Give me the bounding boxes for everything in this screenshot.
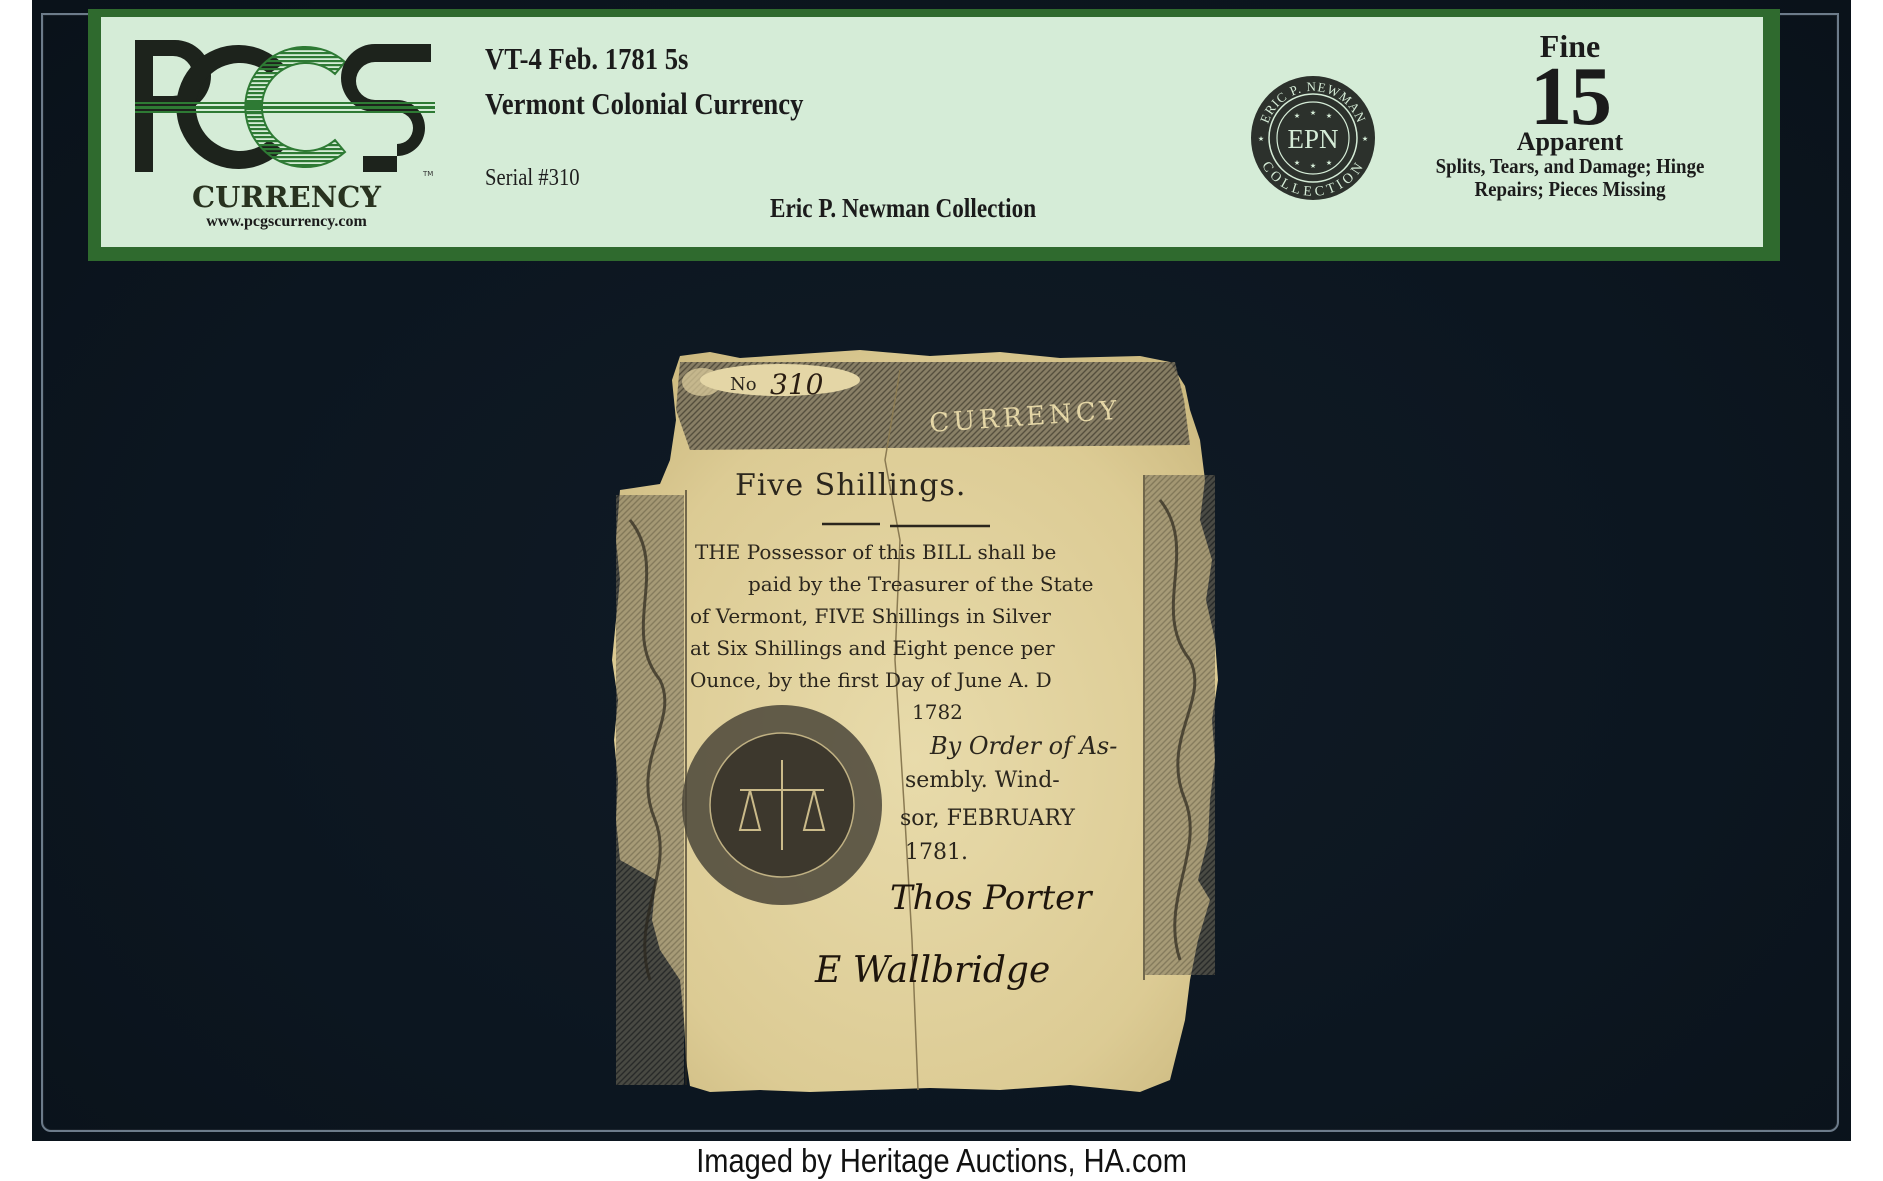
note-body-line: By Order of As- bbox=[930, 732, 1117, 760]
note-series-title: Vermont Colonial Currency bbox=[485, 86, 803, 122]
svg-text:★: ★ bbox=[1258, 135, 1264, 143]
svg-text:310: 310 bbox=[770, 368, 823, 401]
note-body-line: paid by the Treasurer of the State bbox=[748, 572, 1093, 596]
grade-comments-line-2: Repairs; Pieces Missing bbox=[1434, 178, 1706, 201]
image-credit-caption: Imaged by Heritage Auctions, HA.com bbox=[113, 1141, 1770, 1181]
grade-qualifier: Apparent bbox=[1419, 129, 1721, 155]
svg-text:EPN: EPN bbox=[1287, 124, 1338, 154]
svg-text:★: ★ bbox=[1310, 162, 1316, 170]
note-body-line: sembly. Wind- bbox=[905, 768, 1060, 793]
svg-text:★: ★ bbox=[1362, 135, 1368, 143]
grade-block: Fine 15 Apparent Splits, Tears, and Dama… bbox=[1419, 29, 1721, 201]
label-panel: TM CURRENCY www.pcgscurrency.com VT-4 Fe… bbox=[101, 17, 1763, 247]
svg-text:No: No bbox=[730, 374, 757, 395]
banknote-paper: No 310 CURRENCY bbox=[600, 340, 1240, 1110]
note-body-line: 1781. bbox=[905, 840, 968, 865]
grading-label: TM CURRENCY www.pcgscurrency.com VT-4 Fe… bbox=[88, 9, 1780, 261]
epn-collection-seal-icon: ERIC P. NEWMAN COLLECTION EPN ★★★ ★★★ ★★ bbox=[1250, 75, 1376, 201]
grade-number: 15 bbox=[1419, 65, 1721, 129]
note-body-line: THE Possessor of this BILL shall be bbox=[695, 540, 1056, 564]
svg-text:★: ★ bbox=[1326, 159, 1332, 167]
colonial-banknote: No 310 CURRENCY Five Shillings. THE Poss… bbox=[600, 340, 1240, 1110]
note-body-line: Ounce, by the first Day of June A. D bbox=[690, 668, 1052, 692]
note-catalog-title: VT-4 Feb. 1781 5s bbox=[485, 41, 688, 77]
svg-text:★: ★ bbox=[1326, 112, 1332, 120]
signature-wallbridge: E Wallbridge bbox=[815, 950, 1050, 991]
note-denomination: Five Shillings. bbox=[735, 468, 966, 503]
note-body-line: of Vermont, FIVE Shillings in Silver bbox=[690, 604, 1051, 628]
signature-porter: Thos Porter bbox=[890, 878, 1092, 918]
svg-text:★: ★ bbox=[1294, 159, 1300, 167]
pcgs-currency-wordmark: CURRENCY bbox=[134, 180, 439, 214]
pcgs-url: www.pcgscurrency.com bbox=[134, 213, 439, 231]
serial-number: Serial #310 bbox=[485, 165, 580, 192]
note-body-line: 1782 bbox=[912, 700, 963, 724]
note-body-line: at Six Shillings and Eight pence per bbox=[690, 636, 1055, 660]
svg-text:★: ★ bbox=[1310, 109, 1316, 117]
grade-comments-line-1: Splits, Tears, and Damage; Hinge bbox=[1434, 155, 1706, 178]
pcgs-logo: TM bbox=[135, 40, 435, 178]
note-body-line: sor, FEBRUARY bbox=[900, 806, 1075, 831]
svg-text:TM: TM bbox=[422, 170, 433, 178]
svg-text:★: ★ bbox=[1294, 112, 1300, 120]
collection-name: Eric P. Newman Collection bbox=[770, 193, 1036, 224]
